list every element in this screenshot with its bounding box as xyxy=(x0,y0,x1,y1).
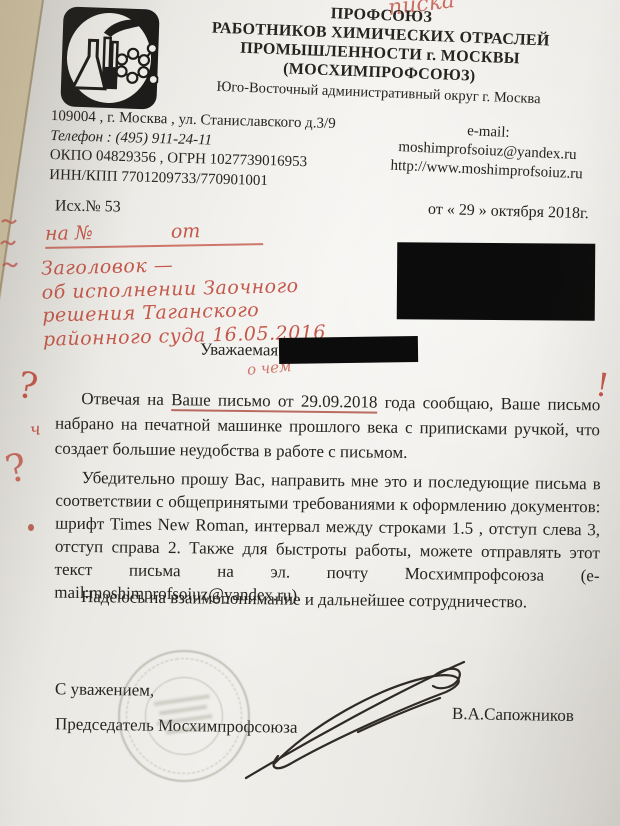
underlay-red-scribble-icon xyxy=(0,214,34,274)
outgoing-number: Исх.№ 53 xyxy=(55,197,121,216)
margin-red-dot xyxy=(28,524,34,531)
union-logo-icon xyxy=(59,5,161,110)
org-header: ПРОФСОЮЗ РАБОТНИКОВ ХИМИЧЕСКИХ ОТРАСЛЕЙ … xyxy=(166,0,593,110)
na-suffix: от xyxy=(171,220,201,243)
round-stamp xyxy=(109,641,258,790)
handwritten-subject-note: Заголовок — об исполнении Заочного решен… xyxy=(41,250,326,351)
signer-name: В.А.Сапожников xyxy=(452,704,574,726)
blank-gap xyxy=(93,238,171,239)
redaction-box-addressee xyxy=(397,242,596,320)
contact-block-right: e-mail: moshimprofsoiuz@yandex.ru http:/… xyxy=(379,118,596,185)
p1-underlined-phrase: Ваше письмо от 29.09.2018 xyxy=(171,390,378,414)
salutation: Уважаемая xyxy=(200,340,279,361)
p1-prefix: Отвечая на xyxy=(81,389,171,409)
paragraph-1: Отвечая на Ваше письмо от 29.09.2018 год… xyxy=(55,386,601,468)
scanned-letter-photo: писка ПРОФСОЮЗ РАБОТНИКОВ ХИМИЧЕСКИХ ОТР… xyxy=(0,0,620,826)
na-prefix: на № xyxy=(45,222,93,245)
redaction-box-name xyxy=(279,336,418,364)
handwritten-reply-reference: на №от xyxy=(45,219,263,249)
handwritten-signature xyxy=(238,646,470,786)
contact-block-left: 109004 , г. Москва , ул. Станиславского … xyxy=(49,107,336,193)
